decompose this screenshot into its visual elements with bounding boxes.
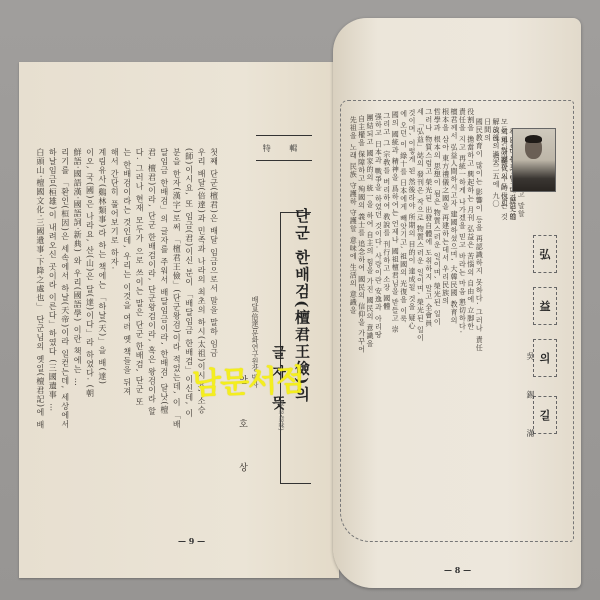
text-column: 强하고 日本과 戰爭을 하였던 것이다. 사랑이란 安逸과 아리땅 — [374, 113, 382, 533]
text-column: 國民教育이 많이는 影響이 등을 再認識하지 못하다. 그러나 責任 — [475, 118, 483, 538]
text-column: 계림유사(鷄林類事)라 하는 책에는 「하날(天)」을 배(達) — [96, 148, 107, 520]
text-column: 첫째 단군(檀君)은 배달 임금으로서 말을 말하 임금 — [208, 148, 219, 520]
text-column: 團結되고 國家的의 統一을 하여 自主의 힘을 가진 國民의 意識을 — [366, 114, 374, 534]
feature-label: 特 輯 — [256, 135, 312, 161]
text-column: 自主權을 保障하고 殉國의 義士를 追念하여 國民의 信仰을 가꾸어 — [357, 115, 365, 535]
text-column: 다. 그러나 현재 모두가 으로 쓰이는 말은 단군 한배검, 단군 또 — [134, 148, 145, 520]
text-column: 에 오던 이 綠十를 日本에게 빼앗기고, 祖國의 光復을 이룩 — [399, 110, 407, 530]
text-column: 달임금 한배검」의 글자를 주워서 배달임금이라, 한배검, 달낫(檀 — [158, 148, 169, 520]
text-column: 분을 한자(漢字)로써 「檀君王儉」(단군왕검)이라 적었는데, 이 「배 — [171, 148, 182, 520]
photo-hair — [525, 135, 542, 143]
watermark: 남문서점 — [191, 355, 304, 403]
title-char-box: 의 — [533, 339, 557, 377]
text-column: 哲學과 根本의 思想이 됨은 物質스러운 일이며, 榮光된 일이 — [433, 108, 441, 528]
text-column: 우리 배달(倍達)과 민족과 나라의 최초의 하시(太祖)이시요, 소승 — [196, 148, 207, 520]
text-column: 責任을 지고 再統一하게 나가겠을 믿고 바라는 마음 懇切하다. — [458, 108, 466, 528]
text-column: 檀君께서 弘益人間하시고자 建國하셨으며, 大韓民國 教育의 — [450, 108, 458, 528]
page-number-left: — 9 — — [178, 536, 205, 546]
text-column: 先祖을 노래 民族 守護하 守護할 意味에 生活의 意識을 — [349, 116, 357, 536]
text-column: 것이며, 이렇게 된 然後라야 所期의 目的이 達成될 것을 疑心 — [408, 109, 416, 529]
title-char-box: 弘 — [533, 235, 557, 273]
text-column: 이오, 국(國)은 나라요, 산(山)은 달(達)이다」라 하였다. (朝 — [84, 148, 95, 520]
text-column: (師)이시요, 또 임금(君)이신 분이 「배달임금 한배검」이신데, 이 — [183, 148, 194, 520]
text-column: 役割을 擔當하고 興起하는 月刊 弘益은 苦惱의 自由에 立脚한 — [466, 108, 474, 528]
page-number-right: — 8 — — [444, 565, 471, 575]
text-column: 그러나 物質스럽고 榮光된 出發自體에 도취하지 말고 全會員 — [424, 108, 432, 528]
title-char-box: 길 — [533, 396, 557, 434]
text-column: 리기를 「환인(桓因)은 세속에서 하날(天帝)이라 일컫는데, 세상에서 — [59, 148, 70, 520]
subtitle-note: (字意·意味) — [276, 400, 285, 431]
text-column: 해서 간단히 풀어보기로 하자. — [109, 148, 120, 520]
text-column: 根本을 삼아 東方禮儀之國을 再建하는데서 우리民族의 — [441, 108, 449, 528]
text-column: 세 「弘益」誌의 發刊은 작으로 物質스러운 일이며, 榮光된 일이 — [416, 108, 424, 528]
text-column: 는 한배검이라는 것인데, 우리는 이것을 여러 옛 책들을 뒤져 — [121, 148, 132, 520]
text-column: 白頭山·檀國文化·三國遺事·下降之處也」 단군님의 옛일(檀君記)에 배 — [34, 148, 45, 520]
text-column: 君, 檀君)이라, 단군 한배검이라, 단군왕검이라, 혹은 왕검이라 할 — [146, 148, 157, 520]
right-author-name: 吳 錫 滿 — [525, 352, 536, 451]
title-char-box: 益 — [533, 287, 557, 325]
text-column: 國의 國統과 精神을 爲하여는 언제나 國祖檀君님을 받들고 崇 — [391, 111, 399, 531]
text-column: 하날임금(桓雄)이 내려오신 곳이라 이른다」하였다 (三國遺事 … — [47, 148, 58, 520]
text-column: 그리고 그 宗敎를 버리하여 敎說를 刊行하고 소장 國體 — [382, 112, 390, 532]
text-column: 모든 것이 歷代의 時代의 解放後의 六·二五에 九〇日間의 — [483, 118, 508, 214]
text-column: 鮮語·國語漢·國語詞·新典) 와 우리(國語學) 이란 책에는 … — [72, 148, 83, 520]
author-photo — [512, 128, 556, 192]
